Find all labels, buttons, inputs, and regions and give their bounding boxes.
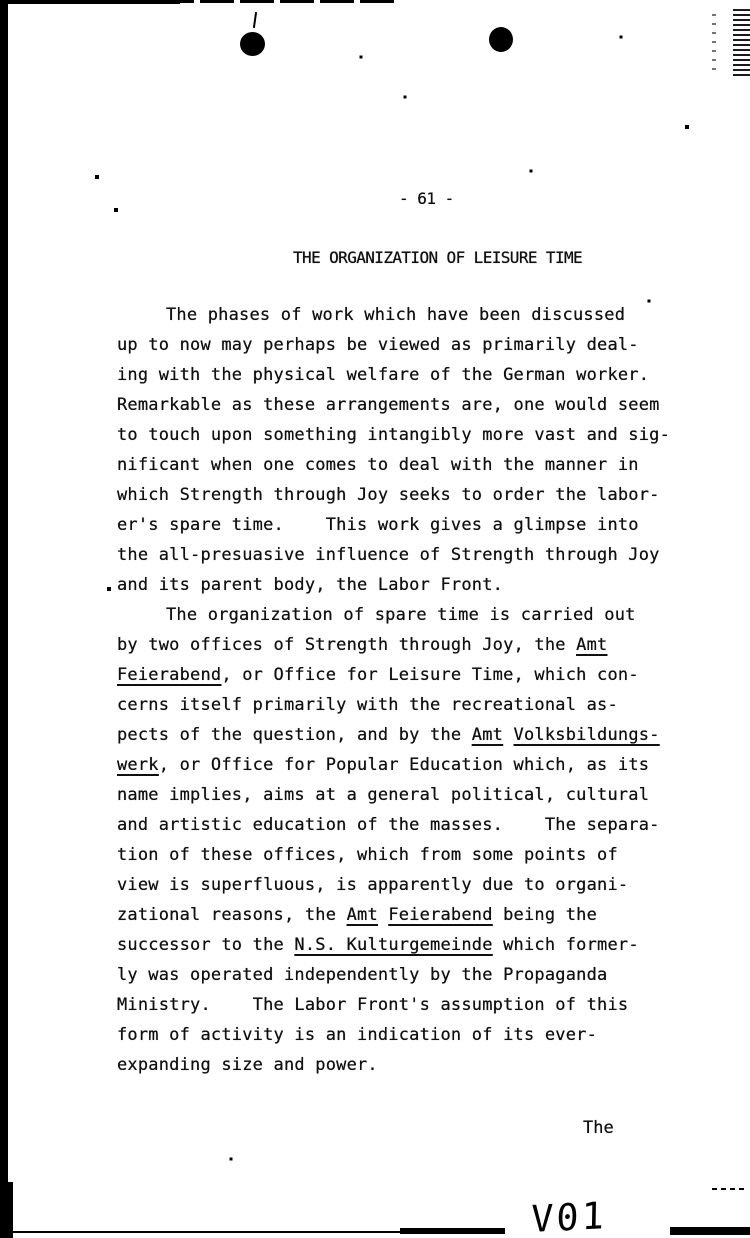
text-segment: the all-presuasive influence of Strength… (117, 545, 660, 565)
bottom-edge-scan-line (10, 1231, 462, 1233)
text-segment: zational reasons, the (117, 905, 347, 925)
underlined-term: Volksbildungs- (514, 725, 660, 745)
page-title: THE ORGANIZATION OF LEISURE TIME (293, 248, 582, 267)
text-segment: successor to the (117, 935, 294, 955)
film-edge-marking (733, 9, 750, 77)
text-line: pects of the question, and by the Amt Vo… (117, 720, 687, 750)
text-segment: up to now may perhaps be viewed as prima… (117, 335, 639, 355)
text-line: successor to the N.S. Kulturgemeinde whi… (117, 930, 687, 960)
text-segment: and its parent body, the Labor Front. (117, 575, 503, 595)
hole-punch-dot-left (240, 32, 265, 56)
text-line: nificant when one comes to deal with the… (117, 450, 687, 480)
text-segment: tion of these offices, which from some p… (117, 845, 618, 865)
text-line: and artistic education of the masses. Th… (117, 810, 687, 840)
hole-punch-dot-right (489, 27, 513, 52)
text-line: expanding size and power. (117, 1050, 687, 1080)
text-segment: , or Office for Popular Education which,… (159, 755, 649, 775)
text-line: up to now may perhaps be viewed as prima… (117, 330, 687, 360)
text-line: the all-presuasive influence of Strength… (117, 540, 687, 570)
text-line: cerns itself primarily with the recreati… (117, 690, 687, 720)
text-segment: expanding size and power. (117, 1055, 378, 1075)
text-line: which Strength through Joy seeks to orde… (117, 480, 687, 510)
text-segment: and artistic education of the masses. Th… (117, 815, 660, 835)
text-line: view is superfluous, is apparently due t… (117, 870, 687, 900)
text-line: by two offices of Strength through Joy, … (117, 630, 687, 660)
text-line: to touch upon something intangibly more … (117, 420, 687, 450)
catchword: The (583, 1113, 614, 1143)
underlined-term: Amt (472, 725, 503, 745)
text-segment: , or Office for Leisure Time, which con- (221, 665, 638, 685)
text-line: Feierabend, or Office for Leisure Time, … (117, 660, 687, 690)
text-segment: er's spare time. This work gives a glimp… (117, 515, 639, 535)
handwritten-mark: V01 (531, 1194, 607, 1238)
page-number: - 61 - (399, 189, 454, 208)
bottom-bar-right (670, 1227, 750, 1235)
text-segment (378, 905, 388, 925)
underlined-term: Amt (576, 635, 607, 655)
bottom-bar-left (400, 1228, 505, 1234)
text-segment: ly was operated independently by the Pro… (117, 965, 607, 985)
text-segment: The organization of spare time is carrie… (166, 605, 636, 625)
text-line: tion of these offices, which from some p… (117, 840, 687, 870)
scanned-document-page: - 61 - THE ORGANIZATION OF LEISURE TIME … (0, 0, 750, 1238)
scan-noise-specks (0, 0, 2, 2)
pen-tick-mark (253, 12, 257, 28)
text-line: name implies, aims at a general politica… (117, 780, 687, 810)
left-edge-film-strip (0, 0, 8, 1238)
film-edge-dots (712, 14, 716, 74)
text-segment: cerns itself primarily with the recreati… (117, 695, 618, 715)
underlined-term: Feierabend (388, 905, 492, 925)
text-line: and its parent body, the Labor Front. (117, 570, 687, 600)
text-line: Ministry. The Labor Front's assumption o… (117, 990, 687, 1020)
text-line: The organization of spare time is carrie… (117, 600, 687, 630)
underlined-term: N.S. Kulturgemeinde (294, 935, 492, 955)
text-line: werk, or Office for Popular Education wh… (117, 750, 687, 780)
text-segment: by two offices of Strength through Joy, … (117, 635, 576, 655)
text-line: zational reasons, the Amt Feierabend bei… (117, 900, 687, 930)
text-line: The phases of work which have been discu… (117, 300, 687, 330)
text-line: ing with the physical welfare of the Ger… (117, 360, 687, 390)
text-segment (503, 725, 513, 745)
text-segment: which former- (493, 935, 639, 955)
text-line: Remarkable as these arrangements are, on… (117, 390, 687, 420)
bottom-right-dashes (712, 1188, 748, 1190)
left-edge-film-strip-bottom (0, 1182, 13, 1238)
text-segment: form of activity is an indication of its… (117, 1025, 597, 1045)
text-segment: ing with the physical welfare of the Ger… (117, 365, 649, 385)
text-line: er's spare time. This work gives a glimp… (117, 510, 687, 540)
text-segment: which Strength through Joy seeks to orde… (117, 485, 660, 505)
text-segment: being the (493, 905, 597, 925)
underlined-term: werk (117, 755, 159, 775)
text-segment: to touch upon something intangibly more … (117, 425, 670, 445)
text-segment: Remarkable as these arrangements are, on… (117, 395, 660, 415)
text-segment: The phases of work which have been discu… (166, 305, 625, 325)
body-text: The phases of work which have been discu… (117, 300, 687, 1080)
underlined-term: Feierabend (117, 665, 221, 685)
text-line: ly was operated independently by the Pro… (117, 960, 687, 990)
text-segment: nificant when one comes to deal with the… (117, 455, 639, 475)
underlined-term: Amt (347, 905, 378, 925)
text-segment: pects of the question, and by the (117, 725, 472, 745)
text-segment: view is superfluous, is apparently due t… (117, 875, 628, 895)
text-segment: name implies, aims at a general politica… (117, 785, 649, 805)
text-segment: Ministry. The Labor Front's assumption o… (117, 995, 628, 1015)
text-line: form of activity is an indication of its… (117, 1020, 687, 1050)
top-edge-scan-line-segment (0, 0, 180, 4)
